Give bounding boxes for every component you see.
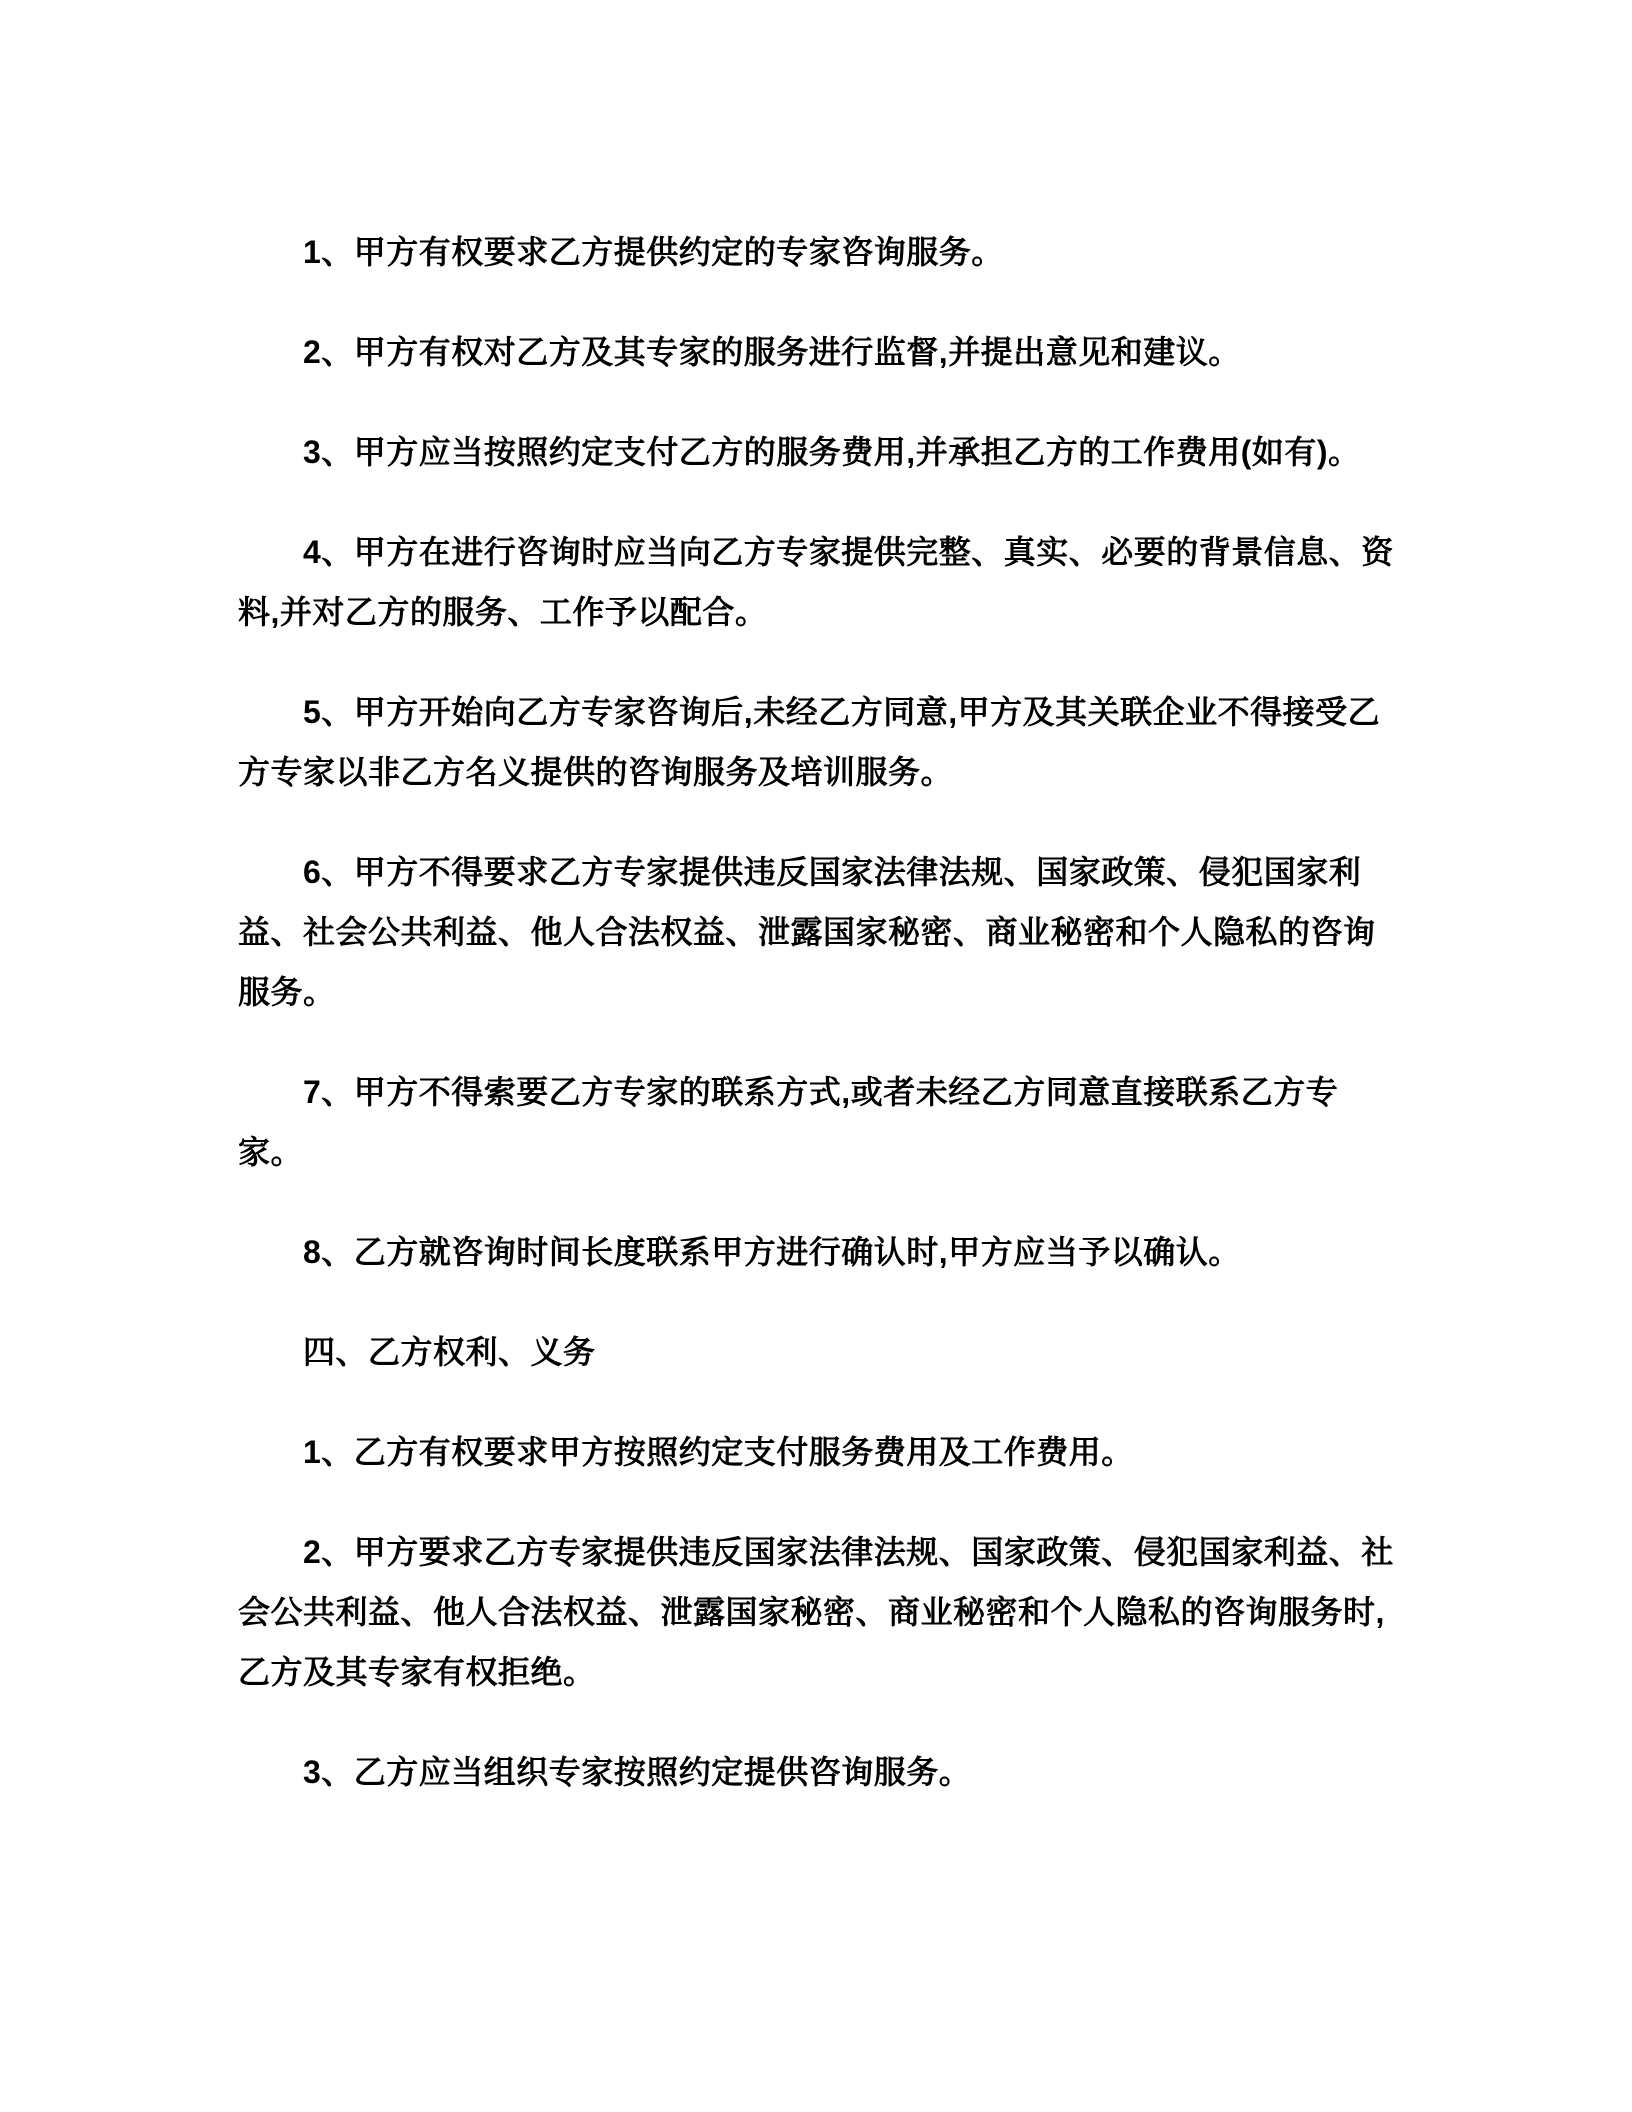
contract-clause: 4、甲方在进行咨询时应当向乙方专家提供完整、真实、必要的背景信息、资料,并对乙方… (238, 522, 1398, 642)
contract-clause: 7、甲方不得索要乙方专家的联系方式,或者未经乙方同意直接联系乙方专家。 (238, 1062, 1398, 1182)
contract-clause: 1、乙方有权要求甲方按照约定支付服务费用及工作费用。 (238, 1422, 1398, 1482)
contract-clause: 8、乙方就咨询时间长度联系甲方进行确认时,甲方应当予以确认。 (238, 1222, 1398, 1282)
document-body: 1、甲方有权要求乙方提供约定的专家咨询服务。2、甲方有权对乙方及其专家的服务进行… (238, 222, 1398, 1802)
section-heading: 四、乙方权利、义务 (238, 1322, 1398, 1382)
contract-clause: 5、甲方开始向乙方专家咨询后,未经乙方同意,甲方及其关联企业不得接受乙方专家以非… (238, 682, 1398, 802)
page: { "page": { "background_color": "#ffffff… (0, 0, 1632, 2112)
document-page: 1、甲方有权要求乙方提供约定的专家咨询服务。2、甲方有权对乙方及其专家的服务进行… (0, 0, 1632, 2112)
contract-clause: 1、甲方有权要求乙方提供约定的专家咨询服务。 (238, 222, 1398, 282)
contract-clause: 3、乙方应当组织专家按照约定提供咨询服务。 (238, 1742, 1398, 1802)
contract-clause: 2、甲方有权对乙方及其专家的服务进行监督,并提出意见和建议。 (238, 322, 1398, 382)
contract-clause: 2、甲方要求乙方专家提供违反国家法律法规、国家政策、侵犯国家利益、社会公共利益、… (238, 1522, 1398, 1702)
contract-clause: 6、甲方不得要求乙方专家提供违反国家法律法规、国家政策、侵犯国家利益、社会公共利… (238, 842, 1398, 1022)
contract-clause: 3、甲方应当按照约定支付乙方的服务费用,并承担乙方的工作费用(如有)。 (238, 422, 1398, 482)
